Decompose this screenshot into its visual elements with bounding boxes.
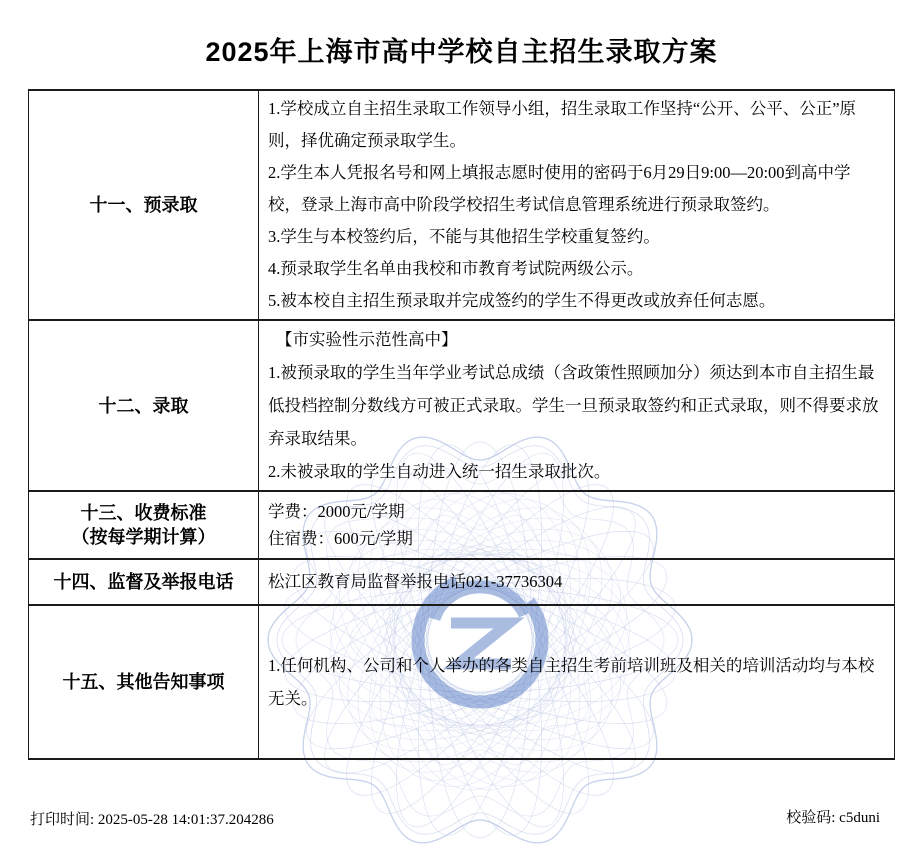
row-label-text: 十二、录取 bbox=[30, 394, 257, 418]
check-code: 校验码: c5duni bbox=[786, 806, 880, 827]
paragraph: 5.被本校自主招生预录取并完成签约的学生不得更改或放弃任何志愿。 bbox=[268, 285, 880, 317]
row-content-pre-admission: 1.学校成立自主招生录取工作领导小组，招生录取工作坚持“公开、公平、公正”原则，… bbox=[259, 90, 895, 320]
table-row-other-notices: 十五、其他告知事项 1.任何机构、公司和个人举办的各类自主招生考前培训班及相关的… bbox=[29, 605, 895, 759]
row-label-admission: 十二、录取 bbox=[29, 320, 259, 491]
paragraph: 松江区教育局监督举报电话021-37736304 bbox=[268, 570, 880, 594]
page-title: 2025年上海市高中学校自主招生录取方案 bbox=[0, 30, 923, 69]
row-content-supervision-phone: 松江区教育局监督举报电话021-37736304 bbox=[259, 559, 895, 605]
row-label-supervision-phone: 十四、监督及举报电话 bbox=[29, 559, 259, 605]
row-content-fees: 学费：2000元/学期 住宿费：600元/学期 bbox=[259, 491, 895, 559]
row-content-other-notices: 1.任何机构、公司和个人举办的各类自主招生考前培训班及相关的培训活动均与本校无关… bbox=[259, 605, 895, 759]
row-label-text: 十四、监督及举报电话 bbox=[30, 570, 257, 594]
paragraph: 2.学生本人凭报名号和网上填报志愿时使用的密码于6月29日9:00—20:00到… bbox=[268, 157, 880, 221]
row-label-fees: 十三、收费标准 （按每学期计算） bbox=[29, 491, 259, 559]
table-row-admission: 十二、录取 【市实验性示范性高中】 1.被预录取的学生当年学业考试总成绩（含政策… bbox=[29, 320, 895, 491]
paragraph: 1.被预录取的学生当年学业考试总成绩（含政策性照顾加分）须达到本市自主招生最低投… bbox=[268, 356, 880, 455]
paragraph: 住宿费：600元/学期 bbox=[268, 525, 880, 552]
row-label-other-notices: 十五、其他告知事项 bbox=[29, 605, 259, 759]
paragraph: 1.学校成立自主招生录取工作领导小组，招生录取工作坚持“公开、公平、公正”原则，… bbox=[268, 93, 880, 157]
table-row-fees: 十三、收费标准 （按每学期计算） 学费：2000元/学期 住宿费：600元/学期 bbox=[29, 491, 895, 559]
paragraph: 4.预录取学生名单由我校和市教育考试院两级公示。 bbox=[268, 253, 880, 285]
paragraph: 【市实验性示范性高中】 bbox=[268, 323, 880, 356]
print-time: 打印时间: 2025-05-28 14:01:37.204286 bbox=[30, 808, 274, 829]
paragraph: 2.未被录取的学生自动进入统一招生录取批次。 bbox=[268, 455, 880, 488]
document-page: { "page": { "title": "2025年上海市高中学校自主招生录取… bbox=[0, 0, 923, 865]
paragraph: 学费：2000元/学期 bbox=[268, 498, 880, 525]
paragraph: 3.学生与本校签约后，不能与其他招生学校重复签约。 bbox=[268, 221, 880, 253]
admission-plan-table: 十一、预录取 1.学校成立自主招生录取工作领导小组，招生录取工作坚持“公开、公平… bbox=[28, 89, 895, 760]
row-label-text: 十三、收费标准 bbox=[30, 501, 257, 525]
row-content-admission: 【市实验性示范性高中】 1.被预录取的学生当年学业考试总成绩（含政策性照顾加分）… bbox=[259, 320, 895, 491]
row-label-text-line2: （按每学期计算） bbox=[30, 525, 257, 549]
row-label-text: 十五、其他告知事项 bbox=[30, 670, 257, 694]
paragraph: 1.任何机构、公司和个人举办的各类自主招生考前培训班及相关的培训活动均与本校无关… bbox=[268, 649, 880, 715]
table-row-supervision-phone: 十四、监督及举报电话 松江区教育局监督举报电话021-37736304 bbox=[29, 559, 895, 605]
row-label-pre-admission: 十一、预录取 bbox=[29, 90, 259, 320]
row-label-text: 十一、预录取 bbox=[30, 193, 257, 217]
table-row-pre-admission: 十一、预录取 1.学校成立自主招生录取工作领导小组，招生录取工作坚持“公开、公平… bbox=[29, 90, 895, 320]
